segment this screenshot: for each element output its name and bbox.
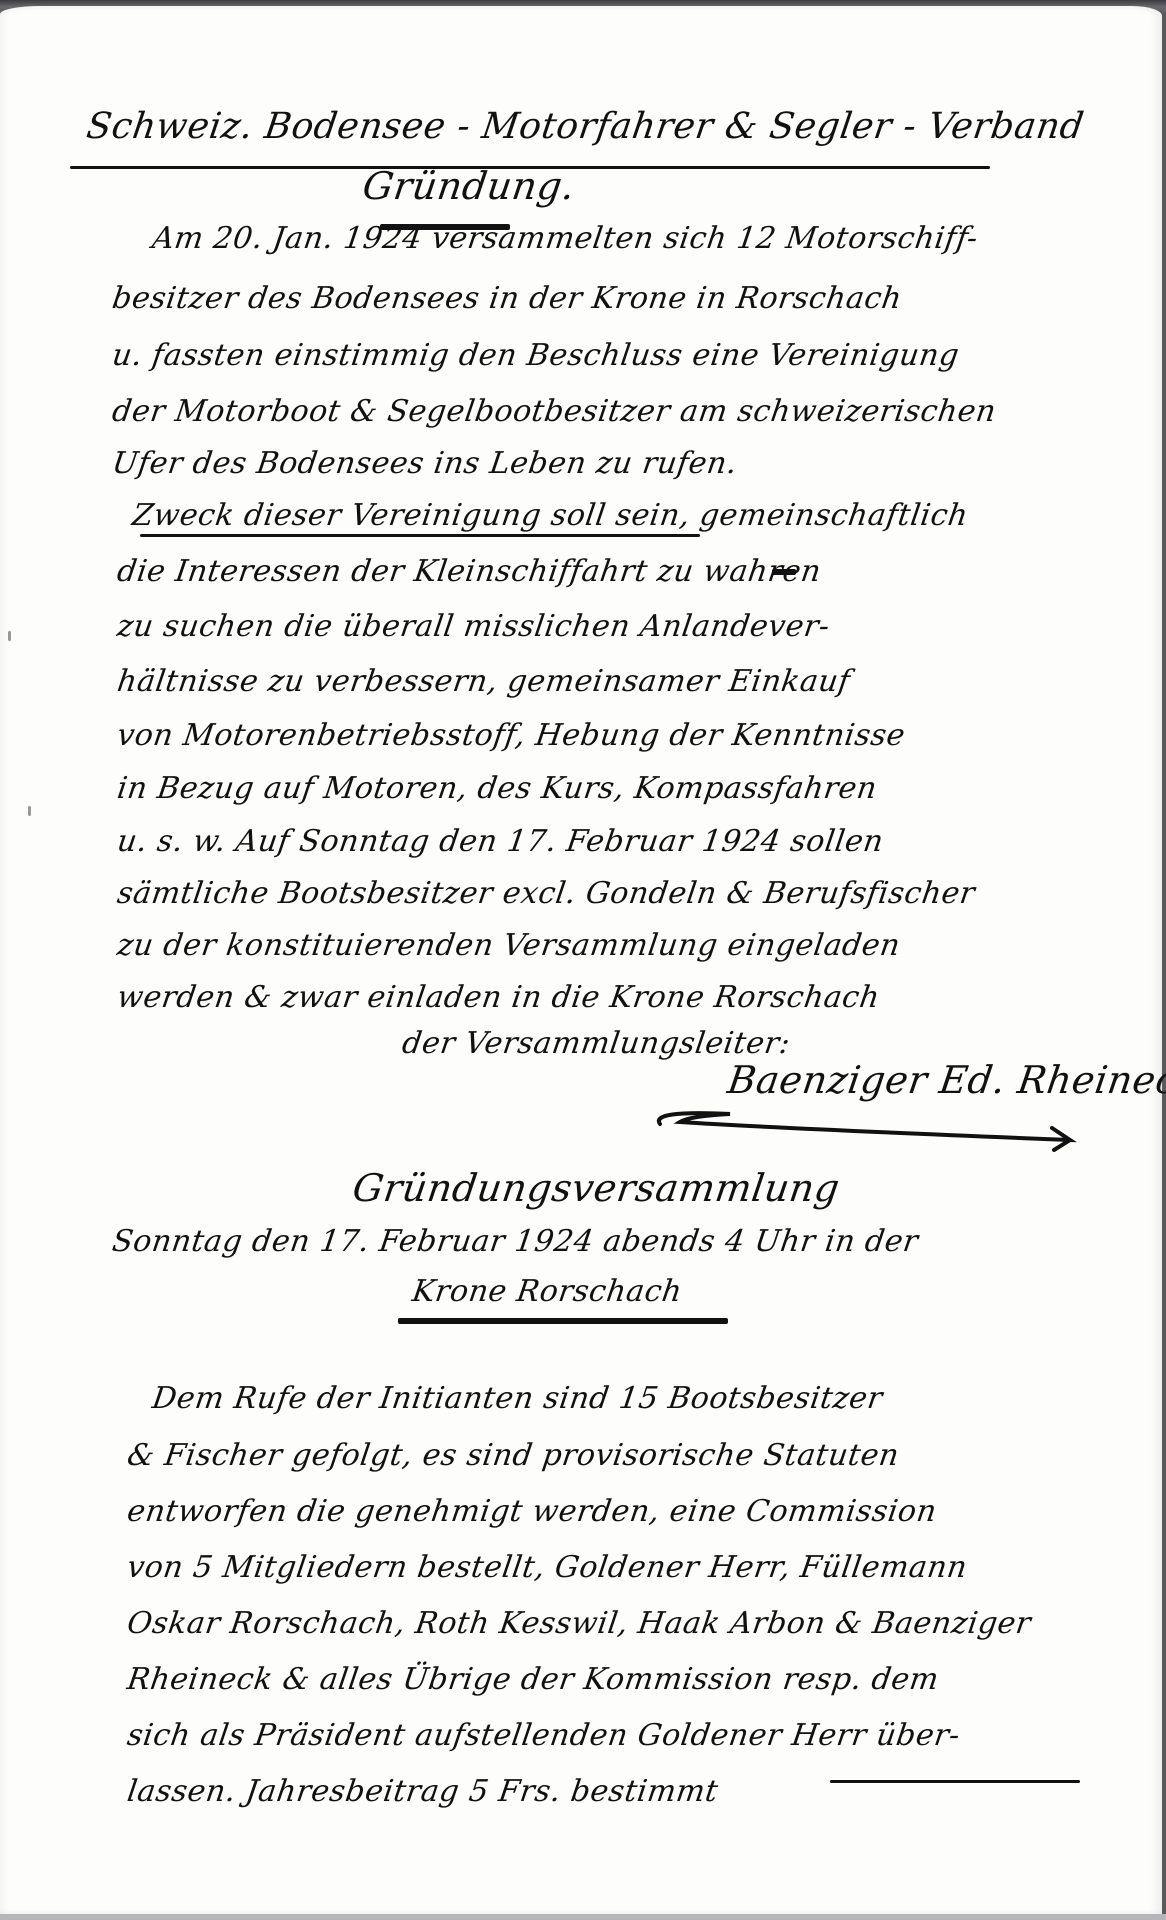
body-line: Ufer des Bodensees ins Leben zu rufen. (110, 446, 739, 481)
body-line: u. fassten einstimmig den Beschluss eine… (110, 338, 961, 373)
body-line: hältnisse zu verbessern, gemeinsamer Ein… (115, 664, 852, 699)
purpose-underline (140, 534, 700, 537)
section1-heading: Gründung. (360, 164, 578, 208)
body-line: sich als Präsident aufstellenden Goldene… (125, 1718, 962, 1753)
body-line: die Interessen der Kleinschiffahrt zu wa… (115, 554, 823, 589)
body-line: Am 20. Jan. 1924 versammelten sich 12 Mo… (150, 221, 980, 256)
meeting-date-line: Sonntag den 17. Februar 1924 abends 4 Uh… (110, 1224, 921, 1259)
section2-heading: Gründungsversammlung (350, 1166, 843, 1210)
scan-bottom-edge (0, 1914, 1166, 1920)
body-line: zu der konstituierenden Versammlung eing… (115, 928, 903, 963)
location-underline (398, 1318, 728, 1324)
body-line: von 5 Mitgliedern bestellt, Goldener Her… (125, 1550, 970, 1585)
body-line: u. s. w. Auf Sonntag den 17. Februar 192… (115, 824, 886, 859)
body-line: Dem Rufe der Initianten sind 15 Bootsbes… (150, 1381, 885, 1416)
document-title: Schweiz. Bodensee - Motorfahrer & Segler… (84, 106, 1087, 147)
strikethrough-mark (772, 569, 796, 575)
body-line: sämtliche Bootsbesitzer excl. Gondeln & … (115, 876, 977, 911)
flourish-arrow-icon (650, 1106, 1110, 1166)
signoff-label: der Versammlungsleiter: (400, 1026, 792, 1061)
body-line-underlined: Zweck dieser Vereinigung soll sein, geme… (130, 498, 970, 533)
body-line: entworfen die genehmigt werden, eine Com… (125, 1494, 939, 1529)
scan-smudge (8, 631, 11, 641)
body-line: in Bezug auf Motoren, des Kurs, Kompassf… (115, 771, 879, 806)
body-line: von Motorenbetriebsstoff, Hebung der Ken… (115, 718, 907, 753)
body-line: Oskar Rorschach, Roth Kesswil, Haak Arbo… (125, 1606, 1033, 1641)
closing-line (830, 1780, 1080, 1783)
scan-smudge (28, 806, 31, 816)
meeting-location: Krone Rorschach (410, 1274, 684, 1309)
body-line: & Fischer gefolgt, es sind provisorische… (125, 1438, 901, 1473)
signature: Baenziger Ed. Rheineck (725, 1058, 1166, 1102)
handwritten-page: Schweiz. Bodensee - Motorfahrer & Segler… (0, 6, 1162, 1914)
body-line: Rheineck & alles Übrige der Kommission r… (125, 1662, 941, 1697)
body-line: besitzer des Bodensees in der Krone in R… (110, 281, 904, 316)
body-line: der Motorboot & Segelbootbesitzer am sch… (110, 394, 998, 429)
body-line: lassen. Jahresbeitrag 5 Frs. bestimmt (125, 1774, 720, 1809)
body-line: werden & zwar einladen in die Krone Rors… (115, 980, 882, 1015)
body-line: zu suchen die überall misslichen Anlande… (115, 609, 832, 644)
